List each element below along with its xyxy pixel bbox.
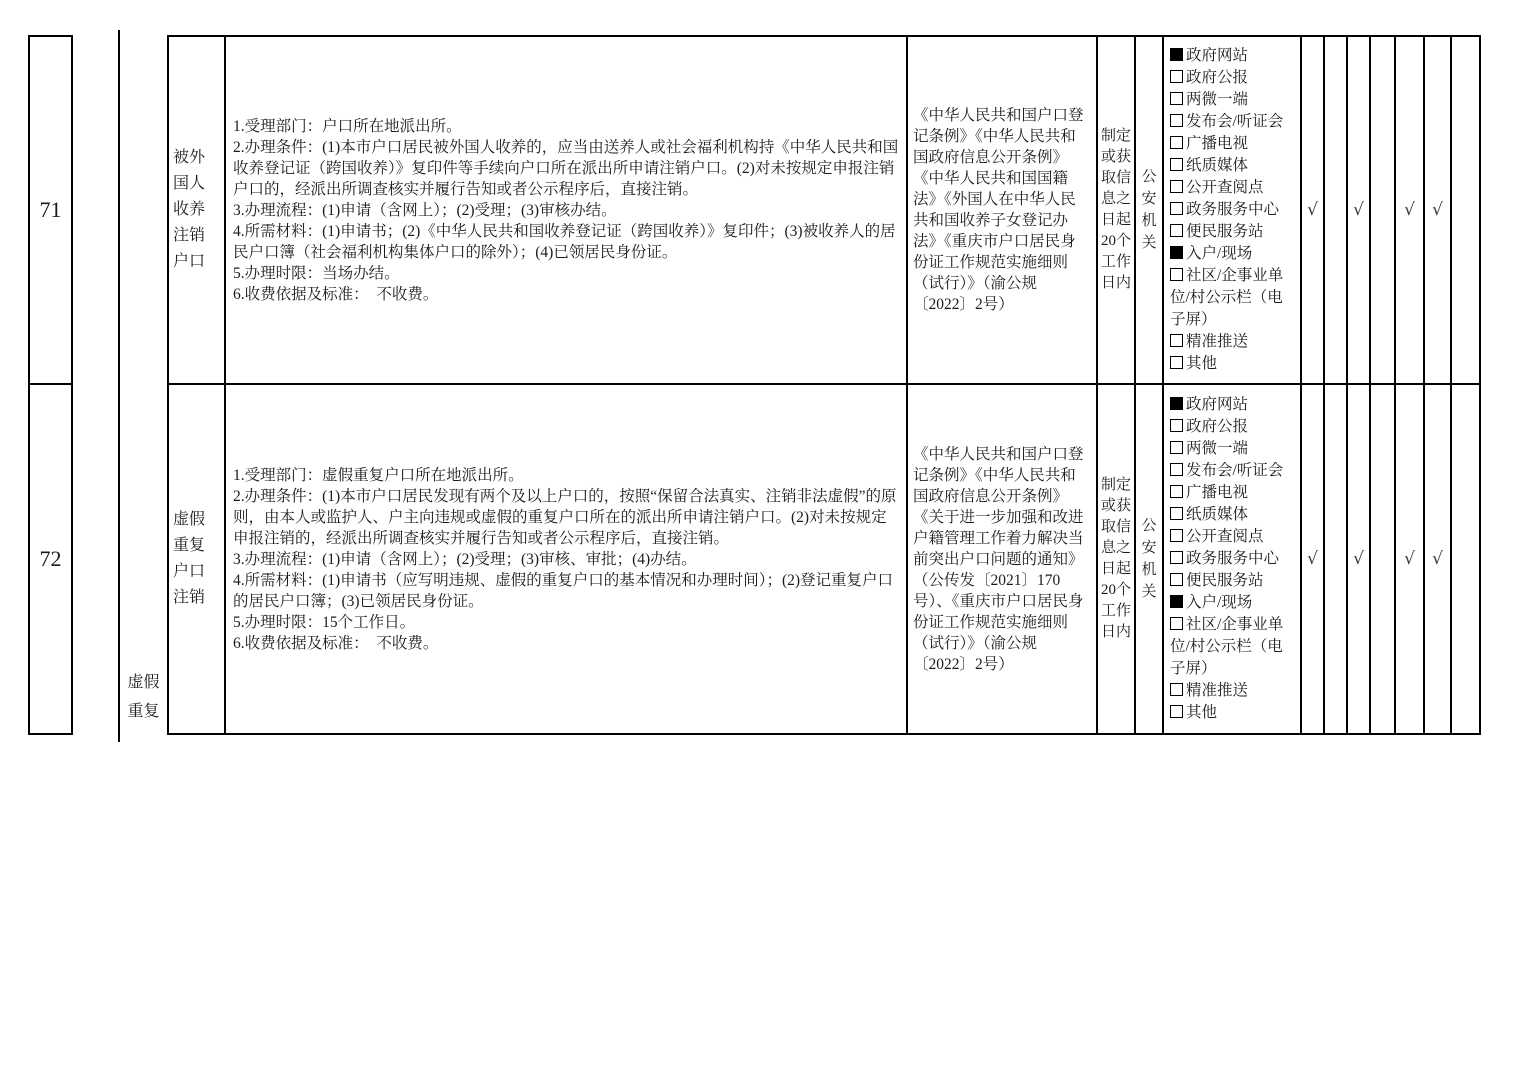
row-number-cell: 71 xyxy=(28,35,73,385)
channel-item: 入户/现场 xyxy=(1170,243,1298,265)
check-cell xyxy=(1369,35,1396,385)
channel-label: 政府网站 xyxy=(1186,396,1248,413)
row-number-cell: 72 xyxy=(28,383,73,735)
checkbox-icon xyxy=(1170,595,1183,608)
row-number: 71 xyxy=(40,197,62,223)
details-cell: 1.受理部门：户口所在地派出所。 2.办理条件：(1)本市户口居民被外国人收养的… xyxy=(224,35,908,385)
checkbox-icon xyxy=(1170,268,1183,281)
legal-basis-text: 《中华人民共和国户口登记条例》《中华人民共和国政府信息公开条例》《中华人民共和国… xyxy=(908,103,1096,317)
checkbox-icon xyxy=(1170,246,1183,259)
time-limit-cell: 制定或获取信息之日起20个工作日内 xyxy=(1096,383,1136,735)
channel-item: 广播电视 xyxy=(1170,133,1298,155)
details-cell: 1.受理部门：虚假重复户口所在地派出所。 2.办理条件：(1)本市户口居民发现有… xyxy=(224,383,908,735)
channel-item: 其他 xyxy=(1170,353,1298,375)
channel-item: 精准推送 xyxy=(1170,680,1298,702)
channel-item: 两微一端 xyxy=(1170,438,1298,460)
channel-label: 两微一端 xyxy=(1186,91,1248,108)
channel-label: 发布会/听证会 xyxy=(1186,462,1283,479)
agency-text: 公安机关 xyxy=(1136,166,1162,254)
checkbox-icon xyxy=(1170,92,1183,105)
channel-label: 广播电视 xyxy=(1186,484,1248,501)
channel-item: 政务服务中心 xyxy=(1170,199,1298,221)
category-cell: 虚假重复 xyxy=(120,390,167,730)
check-cell: √ xyxy=(1300,383,1325,735)
channel-item: 其他 xyxy=(1170,702,1298,724)
channel-item: 政府网站 xyxy=(1170,45,1298,67)
channel-label: 入户/现场 xyxy=(1186,594,1252,611)
channel-label: 精准推送 xyxy=(1186,333,1248,350)
check-mark: √ xyxy=(1404,549,1415,569)
channel-label: 公开查阅点 xyxy=(1186,179,1264,196)
channel-label: 广播电视 xyxy=(1186,135,1248,152)
checkbox-icon xyxy=(1170,683,1183,696)
check-mark: √ xyxy=(1404,200,1415,220)
channel-label: 精准推送 xyxy=(1186,682,1248,699)
channel-item: 政府公报 xyxy=(1170,416,1298,438)
checkbox-icon xyxy=(1170,529,1183,542)
check-cell: √ xyxy=(1394,35,1425,385)
channel-label: 公开查阅点 xyxy=(1186,528,1264,545)
checkbox-icon xyxy=(1170,136,1183,149)
channel-label: 纸质媒体 xyxy=(1186,157,1248,174)
item-name-cell: 被外国人收养注销户口 xyxy=(167,35,226,385)
document-page: 71 被外国人收养注销户口 1.受理部门：户口所在地派出所。 2.办理条件：(1… xyxy=(0,0,1520,1074)
channel-label: 入户/现场 xyxy=(1186,245,1252,262)
checkbox-icon xyxy=(1170,573,1183,586)
check-cell: √ xyxy=(1300,35,1325,385)
channel-label: 两微一端 xyxy=(1186,440,1248,457)
channel-item: 政府公报 xyxy=(1170,67,1298,89)
check-cell: √ xyxy=(1423,383,1452,735)
checkbox-icon xyxy=(1170,617,1183,630)
channel-item: 广播电视 xyxy=(1170,482,1298,504)
channel-label: 社区/企事业单位/村公示栏（电子屏） xyxy=(1170,267,1283,328)
details-text: 1.受理部门：户口所在地派出所。 2.办理条件：(1)本市户口居民被外国人收养的… xyxy=(226,112,906,309)
check-cell xyxy=(1450,35,1481,385)
checkbox-icon xyxy=(1170,705,1183,718)
channel-label: 发布会/听证会 xyxy=(1186,113,1283,130)
check-cell: √ xyxy=(1346,383,1371,735)
legal-basis-cell: 《中华人民共和国户口登记条例》《中华人民共和国政府信息公开条例》《中华人民共和国… xyxy=(906,35,1098,385)
channel-label: 其他 xyxy=(1186,355,1217,372)
channel-label: 社区/企事业单位/村公示栏（电子屏） xyxy=(1170,616,1283,677)
checkbox-icon xyxy=(1170,202,1183,215)
legal-basis-text: 《中华人民共和国户口登记条例》《中华人民共和国政府信息公开条例》《关于进一步加强… xyxy=(908,442,1096,677)
time-limit-text: 制定或获取信息之日起20个工作日内 xyxy=(1098,475,1134,643)
check-mark: √ xyxy=(1432,549,1443,569)
checkbox-icon xyxy=(1170,48,1183,61)
time-limit-cell: 制定或获取信息之日起20个工作日内 xyxy=(1096,35,1136,385)
channel-label: 便民服务站 xyxy=(1186,223,1264,240)
channel-label: 政府公报 xyxy=(1186,69,1248,86)
item-name-cell: 虚假重复户口注销 xyxy=(167,383,226,735)
check-mark: √ xyxy=(1353,549,1364,569)
checkbox-icon xyxy=(1170,551,1183,564)
check-cell xyxy=(1323,383,1348,735)
checkbox-icon xyxy=(1170,507,1183,520)
agency-text: 公安机关 xyxy=(1136,515,1162,603)
checkbox-icon xyxy=(1170,224,1183,237)
check-cell xyxy=(1450,383,1481,735)
check-cell xyxy=(1323,35,1348,385)
checkbox-icon xyxy=(1170,441,1183,454)
channel-label: 其他 xyxy=(1186,704,1217,721)
channel-item: 精准推送 xyxy=(1170,331,1298,353)
channel-label: 纸质媒体 xyxy=(1186,506,1248,523)
agency-cell: 公安机关 xyxy=(1134,35,1164,385)
channel-item: 发布会/听证会 xyxy=(1170,460,1298,482)
checkbox-icon xyxy=(1170,114,1183,127)
row-number: 72 xyxy=(40,546,62,572)
check-cell: √ xyxy=(1346,35,1371,385)
channel-item: 公开查阅点 xyxy=(1170,526,1298,548)
channel-item: 纸质媒体 xyxy=(1170,155,1298,177)
check-cell: √ xyxy=(1394,383,1425,735)
channel-label: 政府网站 xyxy=(1186,47,1248,64)
item-name: 虚假重复户口注销 xyxy=(173,507,220,611)
agency-cell: 公安机关 xyxy=(1134,383,1164,735)
checkbox-icon xyxy=(1170,397,1183,410)
channel-item: 社区/企事业单位/村公示栏（电子屏） xyxy=(1170,265,1298,331)
channel-item: 发布会/听证会 xyxy=(1170,111,1298,133)
channel-item: 社区/企事业单位/村公示栏（电子屏） xyxy=(1170,614,1298,680)
channel-label: 政务服务中心 xyxy=(1186,550,1279,567)
check-cell xyxy=(1369,383,1396,735)
channels-cell: 政府网站 政府公报 两微一端 发布会/听证会 广播电视 纸质媒体 公开查阅点 政… xyxy=(1162,35,1302,385)
channel-label: 便民服务站 xyxy=(1186,572,1264,589)
channel-item: 纸质媒体 xyxy=(1170,504,1298,526)
category-text: 虚假重复 xyxy=(127,668,160,726)
check-cell: √ xyxy=(1423,35,1452,385)
check-mark: √ xyxy=(1307,549,1318,569)
checkbox-icon xyxy=(1170,70,1183,83)
details-text: 1.受理部门：虚假重复户口所在地派出所。 2.办理条件：(1)本市户口居民发现有… xyxy=(226,461,906,658)
check-mark: √ xyxy=(1432,200,1443,220)
checkbox-icon xyxy=(1170,180,1183,193)
item-name: 被外国人收养注销户口 xyxy=(173,145,220,275)
checkbox-icon xyxy=(1170,463,1183,476)
channel-item: 两微一端 xyxy=(1170,89,1298,111)
time-limit-text: 制定或获取信息之日起20个工作日内 xyxy=(1098,126,1134,294)
legal-basis-cell: 《中华人民共和国户口登记条例》《中华人民共和国政府信息公开条例》《关于进一步加强… xyxy=(906,383,1098,735)
channels-cell: 政府网站 政府公报 两微一端 发布会/听证会 广播电视 纸质媒体 公开查阅点 政… xyxy=(1162,383,1302,735)
channel-item: 政府网站 xyxy=(1170,394,1298,416)
checkbox-icon xyxy=(1170,356,1183,369)
channel-item: 便民服务站 xyxy=(1170,570,1298,592)
channel-item: 政务服务中心 xyxy=(1170,548,1298,570)
channel-label: 政府公报 xyxy=(1186,418,1248,435)
check-mark: √ xyxy=(1307,200,1318,220)
check-mark: √ xyxy=(1353,200,1364,220)
checkbox-icon xyxy=(1170,419,1183,432)
checkbox-icon xyxy=(1170,485,1183,498)
checkbox-icon xyxy=(1170,334,1183,347)
channel-label: 政务服务中心 xyxy=(1186,201,1279,218)
checkbox-icon xyxy=(1170,158,1183,171)
channel-item: 公开查阅点 xyxy=(1170,177,1298,199)
channel-item: 便民服务站 xyxy=(1170,221,1298,243)
channel-item: 入户/现场 xyxy=(1170,592,1298,614)
